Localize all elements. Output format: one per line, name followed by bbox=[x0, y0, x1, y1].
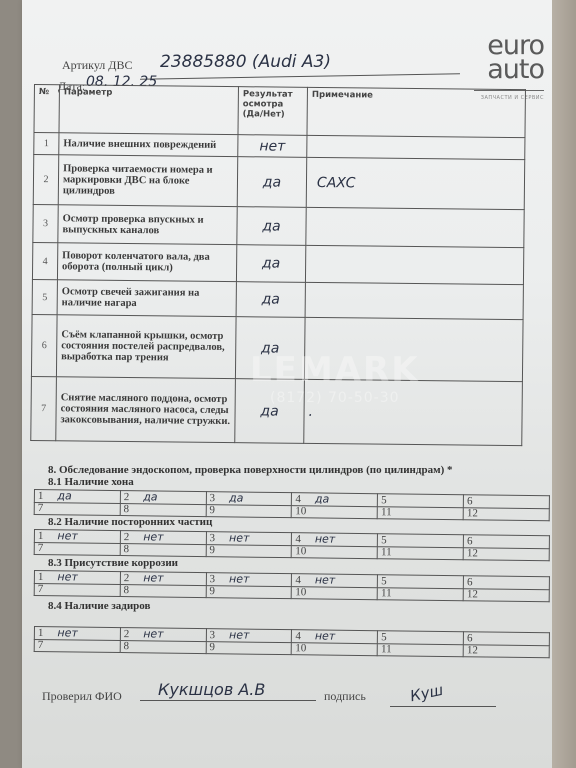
row-num: 6 bbox=[31, 314, 57, 376]
row-result[interactable]: да bbox=[236, 282, 305, 318]
cylinder-number: 6 bbox=[467, 535, 473, 547]
row-param: Поворот коленчатого вала, два оборота (п… bbox=[57, 243, 236, 282]
row-param: Наличие внешних повреждений bbox=[59, 133, 238, 157]
cylinder-cell[interactable]: 7 bbox=[34, 543, 120, 556]
subsection-title: 8.2 Наличие посторонних частиц bbox=[48, 516, 212, 528]
cylinder-number: 7 bbox=[38, 639, 44, 651]
section-8-title: 8. Обследование эндоскопом, проверка пов… bbox=[48, 464, 452, 476]
cylinder-number: 3 bbox=[209, 573, 215, 585]
cylinder-cell[interactable]: 11 bbox=[377, 547, 463, 560]
cylinder-number: 1 bbox=[38, 530, 44, 542]
table-row: 3 Осмотр проверка впускных и выпускных к… bbox=[33, 204, 524, 247]
cylinder-cell[interactable]: 2нет bbox=[120, 531, 206, 545]
cylinder-value: нет bbox=[143, 530, 164, 543]
cylinder-number: 3 bbox=[209, 629, 215, 641]
col-result: Результат осмотра (Да/Нет) bbox=[238, 87, 307, 136]
cylinder-number: 11 bbox=[381, 643, 392, 655]
cylinder-number: 7 bbox=[38, 583, 44, 595]
cylinder-number: 12 bbox=[467, 507, 478, 519]
cylinder-value: да bbox=[143, 490, 158, 503]
row-num: 1 bbox=[34, 133, 59, 155]
cylinder-cell[interactable]: 10 bbox=[292, 643, 378, 656]
cylinder-number: 5 bbox=[381, 494, 387, 506]
row-num: 3 bbox=[33, 204, 58, 242]
cylinder-cell[interactable]: 8 bbox=[120, 585, 206, 598]
cylinder-number: 10 bbox=[295, 545, 306, 557]
cylinder-cell[interactable]: 9 bbox=[206, 586, 292, 599]
cylinder-value: нет bbox=[229, 531, 250, 544]
cylinder-number: 9 bbox=[209, 544, 215, 556]
cylinder-number: 8 bbox=[124, 503, 130, 515]
article-label: Артикул ДВС bbox=[62, 58, 133, 73]
cylinder-cell[interactable]: 12 bbox=[463, 508, 549, 521]
cylinder-cell[interactable]: 10 bbox=[292, 546, 378, 559]
cylinder-cell[interactable]: 1нет bbox=[34, 627, 120, 641]
result-value: да bbox=[262, 218, 280, 234]
row-param: Проверка читаемости номера и маркировки … bbox=[58, 155, 238, 207]
row-num: 4 bbox=[32, 242, 57, 279]
table-row: 4 Поворот коленчатого вала, два оборота … bbox=[32, 242, 523, 284]
cylinder-number: 10 bbox=[295, 505, 306, 517]
result-value: да bbox=[262, 255, 280, 271]
row-note[interactable] bbox=[305, 245, 523, 284]
cylinder-number: 12 bbox=[467, 588, 478, 600]
row-result[interactable]: нет bbox=[238, 135, 307, 158]
cylinder-number: 6 bbox=[467, 495, 473, 507]
cylinder-value: нет bbox=[315, 629, 336, 642]
cylinder-number: 2 bbox=[124, 628, 130, 640]
cylinder-number: 11 bbox=[381, 546, 392, 558]
cylinder-number: 5 bbox=[381, 534, 387, 546]
cylinder-number: 1 bbox=[38, 490, 44, 502]
cylinder-number: 7 bbox=[38, 502, 44, 514]
cylinder-cell[interactable]: 2да bbox=[120, 491, 206, 505]
cylinder-value: нет bbox=[315, 573, 336, 586]
cylinder-cell[interactable]: 12 bbox=[463, 589, 549, 602]
row-num: 5 bbox=[32, 279, 57, 314]
col-param: Параметр bbox=[59, 85, 238, 135]
table-row: 5 Осмотр свечей зажигания на наличие наг… bbox=[32, 279, 523, 319]
cylinder-number: 4 bbox=[295, 493, 301, 505]
row-note[interactable]: CAXC bbox=[306, 157, 525, 209]
cylinder-cell[interactable]: 3нет bbox=[206, 532, 292, 546]
row-result[interactable]: да bbox=[237, 157, 307, 208]
cylinder-number: 8 bbox=[124, 584, 130, 596]
cylinder-value: да bbox=[57, 489, 72, 502]
cylinder-cell[interactable]: 11 bbox=[377, 644, 463, 657]
cylinder-number: 11 bbox=[381, 506, 392, 518]
row-param: Съём клапанной крышки, осмотр состояния … bbox=[56, 315, 236, 379]
watermark-brand: LEMARK bbox=[250, 350, 420, 390]
cylinder-cell[interactable]: 9 bbox=[206, 545, 292, 558]
row-num: 2 bbox=[33, 155, 59, 205]
row-param: Снятие масляного поддона, осмотр состоян… bbox=[56, 377, 236, 443]
cylinder-cell[interactable]: 2нет bbox=[120, 628, 206, 642]
cylinder-number: 9 bbox=[209, 641, 215, 653]
row-result[interactable]: да bbox=[237, 207, 306, 246]
cylinder-value: да bbox=[315, 492, 330, 505]
cylinder-cell[interactable]: 3нет bbox=[206, 629, 292, 643]
cylinder-number: 2 bbox=[124, 572, 130, 584]
cylinder-cell[interactable]: 3да bbox=[206, 492, 292, 506]
cylinder-number: 7 bbox=[38, 542, 44, 554]
cylinder-number: 1 bbox=[38, 627, 44, 639]
cylinder-number: 4 bbox=[295, 630, 301, 642]
col-note: Примечание bbox=[307, 87, 525, 137]
cylinder-number: 1 bbox=[38, 571, 44, 583]
cylinder-number: 3 bbox=[209, 532, 215, 544]
row-result[interactable]: да bbox=[236, 245, 305, 283]
table-header-row: № Параметр Результат осмотра (Да/Нет) Пр… bbox=[34, 85, 525, 138]
cylinder-cell[interactable]: 1да bbox=[34, 490, 120, 504]
row-note[interactable] bbox=[306, 207, 524, 247]
note-value: CAXC bbox=[317, 174, 356, 190]
cylinder-value: да bbox=[229, 491, 244, 504]
subsection-title: 8.4 Наличие задиров bbox=[48, 600, 150, 612]
cylinder-number: 10 bbox=[295, 586, 306, 598]
col-num: № bbox=[34, 85, 60, 133]
cylinder-cell[interactable]: 12 bbox=[463, 548, 549, 561]
cylinder-number: 8 bbox=[124, 543, 130, 555]
cylinder-cell[interactable]: 1нет bbox=[34, 571, 120, 585]
table-row: 2 Проверка читаемости номера и маркировк… bbox=[33, 155, 524, 210]
name-underline bbox=[140, 700, 316, 701]
cylinder-cell[interactable]: 10 bbox=[292, 506, 378, 519]
cylinder-number: 6 bbox=[467, 576, 473, 588]
row-param: Осмотр свечей зажигания на наличие нагар… bbox=[57, 280, 236, 317]
cylinder-number: 5 bbox=[381, 575, 387, 587]
signature-label: подпись bbox=[324, 689, 366, 704]
cylinder-cell[interactable]: 7 bbox=[34, 584, 120, 597]
cylinder-value: нет bbox=[229, 628, 250, 641]
cylinder-cell[interactable]: 11 bbox=[377, 507, 463, 520]
cylinder-number: 2 bbox=[124, 531, 130, 543]
row-note[interactable] bbox=[307, 135, 525, 159]
cylinder-cell[interactable]: 7 bbox=[34, 503, 120, 516]
cylinder-number: 2 bbox=[124, 491, 130, 503]
cylinder-value: нет bbox=[143, 627, 164, 640]
cylinder-number: 3 bbox=[209, 492, 215, 504]
cylinder-value: нет bbox=[229, 572, 250, 585]
cylinder-number: 9 bbox=[209, 504, 215, 516]
cylinder-cell[interactable]: 7 bbox=[34, 640, 120, 653]
row-note[interactable] bbox=[305, 282, 523, 319]
checked-by-value[interactable]: Кукшцов А.В bbox=[158, 680, 265, 699]
cylinder-cell[interactable]: 8 bbox=[120, 641, 206, 654]
cylinder-number: 11 bbox=[381, 587, 392, 599]
cylinder-number: 12 bbox=[467, 644, 478, 656]
cylinder-number: 6 bbox=[467, 632, 473, 644]
result-value: да bbox=[262, 291, 280, 307]
cylinder-cell[interactable]: 8 bbox=[120, 504, 206, 517]
subsection-title: 8.3 Присутствие коррозии bbox=[48, 557, 178, 569]
cylinder-value: нет bbox=[57, 626, 78, 639]
cylinder-cell[interactable]: 1нет bbox=[34, 530, 120, 544]
cylinder-value: нет bbox=[143, 571, 164, 584]
watermark: LEMARK (8172) 70-50-30 bbox=[250, 350, 420, 406]
cylinder-number: 4 bbox=[295, 574, 301, 586]
watermark-phone: (8172) 70-50-30 bbox=[270, 390, 420, 406]
result-value: нет bbox=[259, 138, 285, 154]
cylinder-cell[interactable]: 9 bbox=[206, 642, 292, 655]
logo-line2: auto bbox=[474, 58, 544, 82]
row-num: 7 bbox=[31, 376, 57, 440]
background-edge bbox=[552, 0, 576, 768]
cylinder-number: 12 bbox=[467, 547, 478, 559]
article-value: 23885880 (Audi A3) bbox=[160, 52, 331, 72]
cylinder-cell[interactable]: 3нет bbox=[206, 573, 292, 587]
cylinder-number: 4 bbox=[295, 533, 301, 545]
cylinder-cell[interactable]: 8 bbox=[120, 544, 206, 557]
cylinder-value: нет bbox=[57, 529, 78, 542]
cylinder-number: 8 bbox=[124, 640, 130, 652]
cylinder-number: 9 bbox=[209, 585, 215, 597]
cylinder-number: 10 bbox=[295, 642, 306, 654]
signature-underline bbox=[390, 706, 496, 707]
result-value: да bbox=[263, 174, 281, 190]
cylinder-cell[interactable]: 2нет bbox=[120, 572, 206, 586]
checked-by-label: Проверил ФИО bbox=[42, 689, 122, 704]
cylinder-number: 5 bbox=[381, 631, 387, 643]
cylinder-value: нет bbox=[315, 532, 336, 545]
row-param: Осмотр проверка впускных и выпускных кан… bbox=[58, 205, 237, 245]
cylinder-cell[interactable]: 12 bbox=[463, 645, 549, 658]
cylinder-value: нет bbox=[57, 570, 78, 583]
subsection-title: 8.1 Наличие хона bbox=[48, 476, 134, 488]
cylinder-cell[interactable]: 10 bbox=[292, 587, 378, 600]
cylinder-cell[interactable]: 9 bbox=[206, 505, 292, 518]
cylinder-cell[interactable]: 11 bbox=[377, 588, 463, 601]
